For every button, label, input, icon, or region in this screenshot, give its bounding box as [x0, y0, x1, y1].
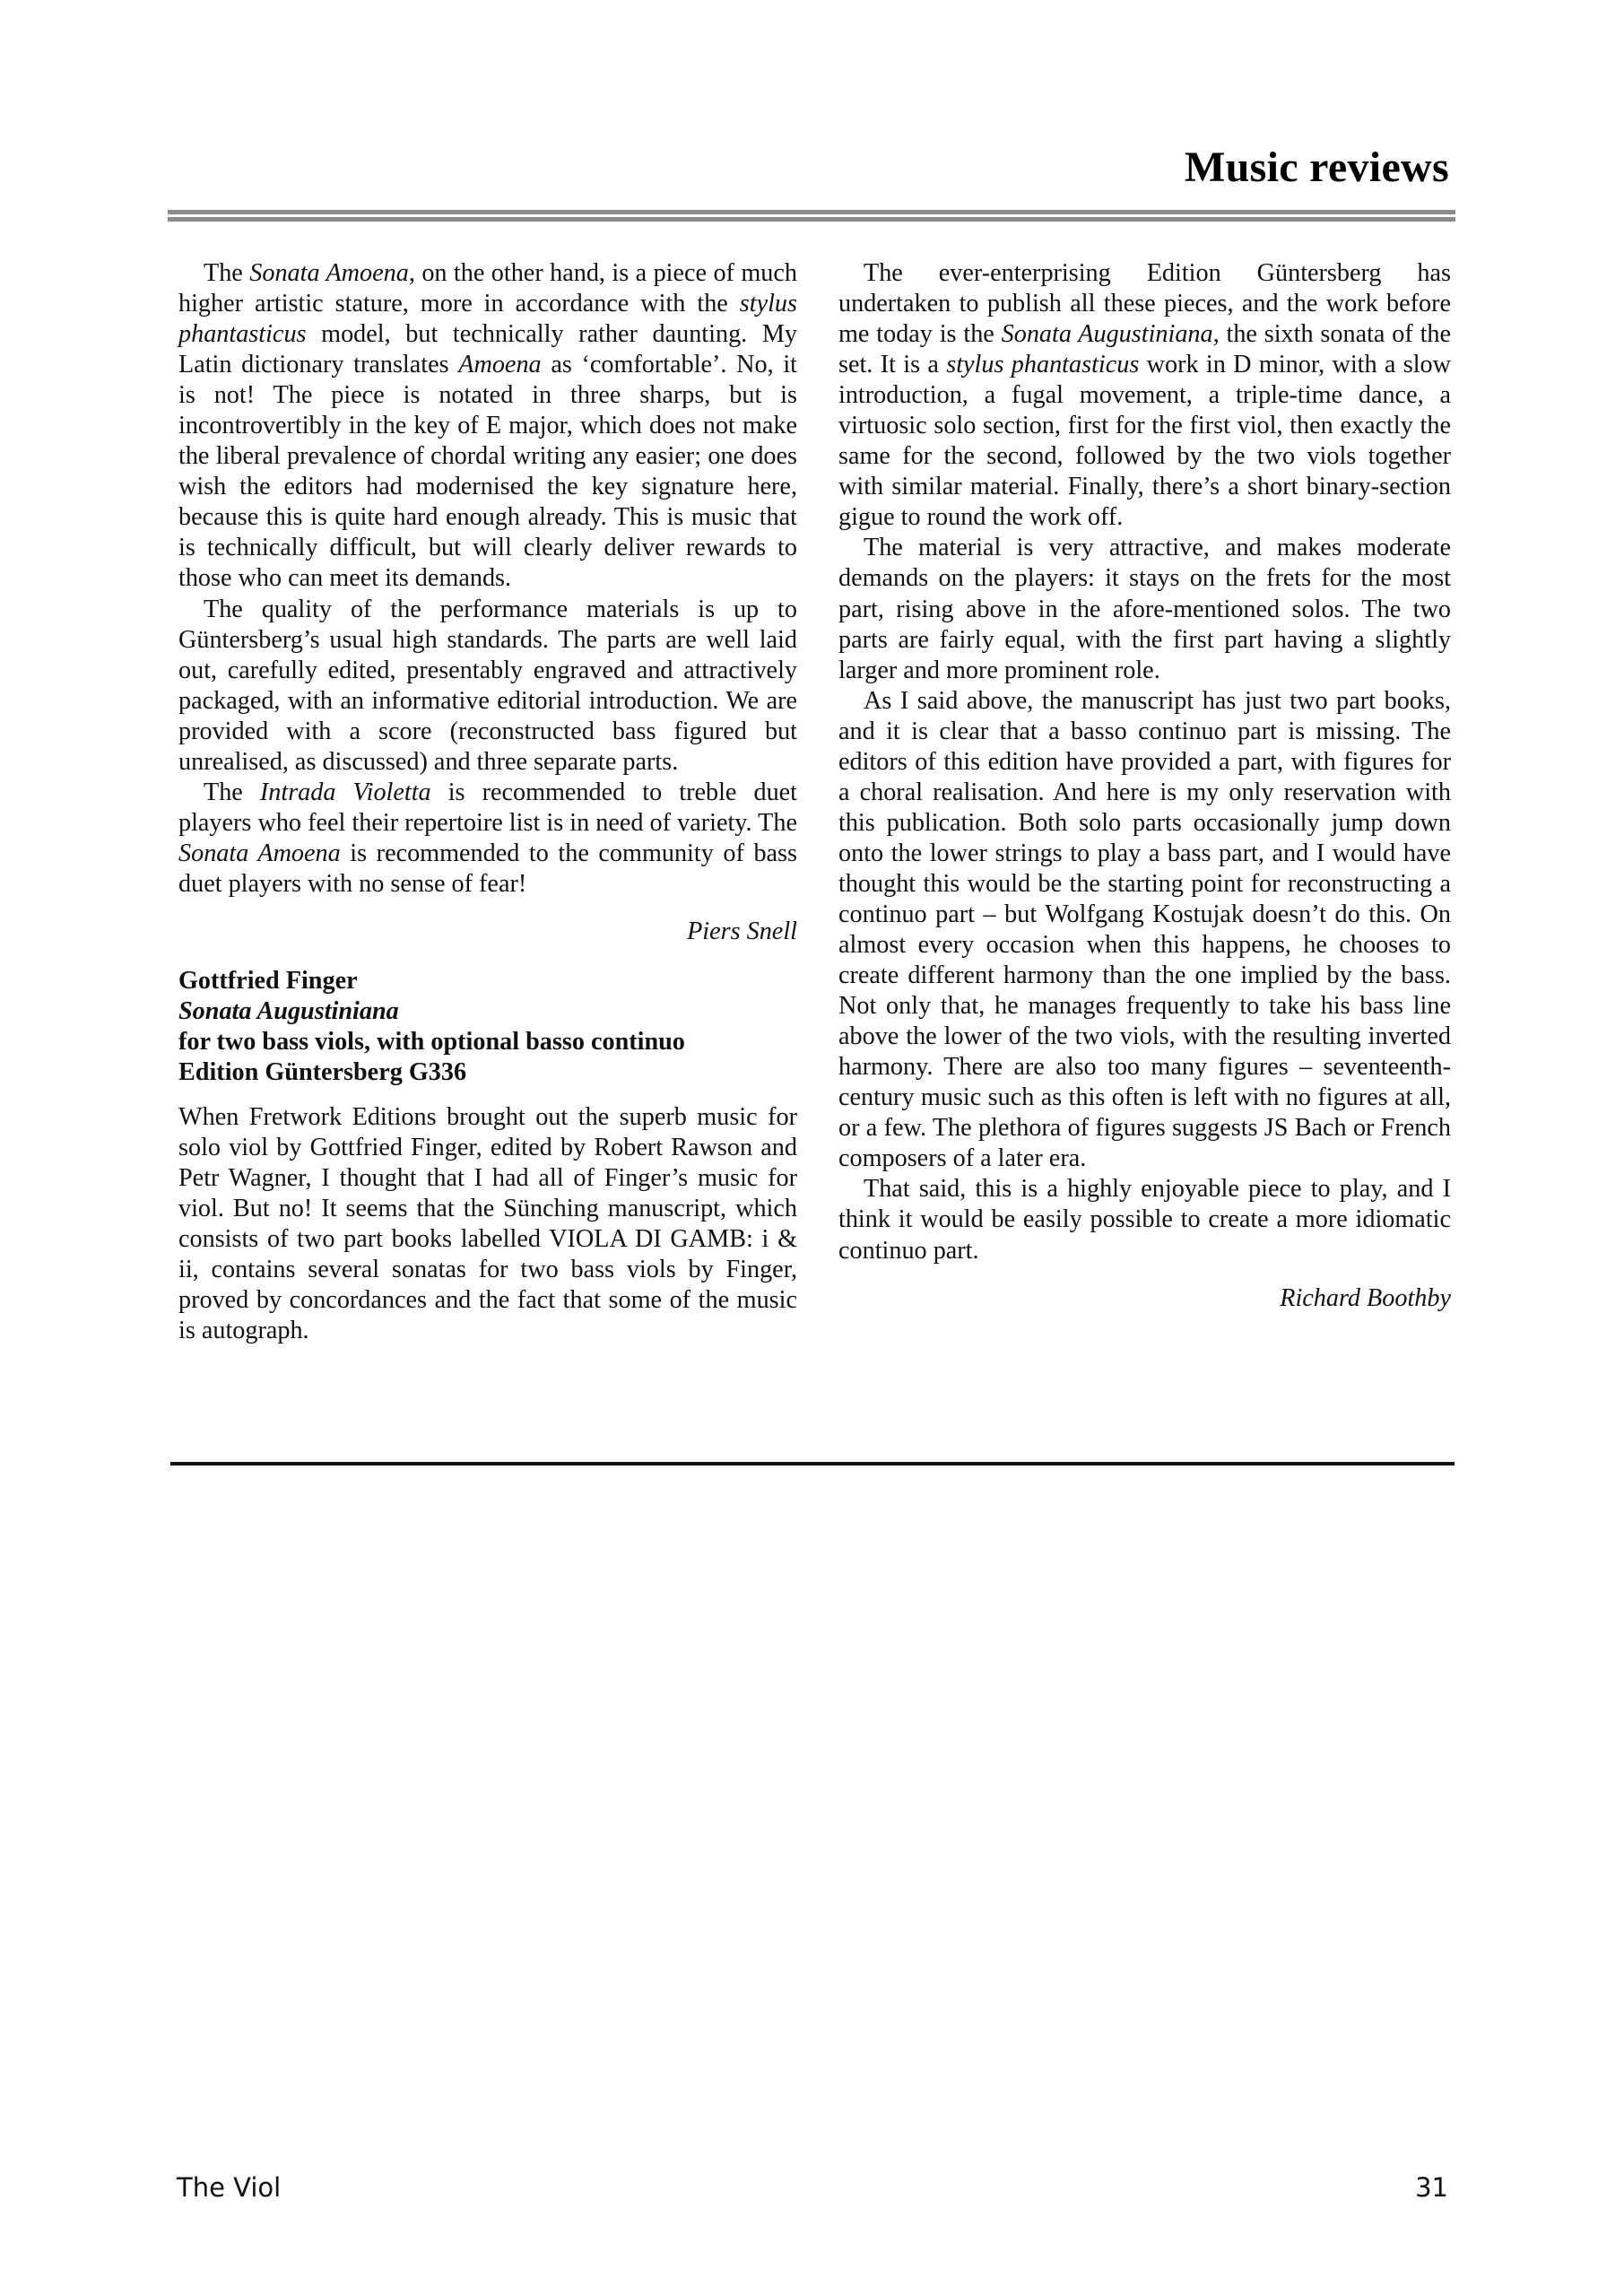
italic-title: Sonata Amoena	[178, 839, 341, 867]
paragraph: The ever-enterprising Edition Güntersber…	[838, 258, 1451, 533]
composer-name: Gottfried Finger	[178, 966, 797, 996]
article-end-rule	[170, 1462, 1455, 1465]
scoring: for two bass viols, with optional basso …	[178, 1027, 797, 1057]
italic-title: Sonata Amoena	[249, 259, 409, 287]
reviewer-signature: Richard Boothby	[838, 1283, 1451, 1314]
italic-title: Sonata Augustiniana	[1002, 320, 1213, 348]
left-column: The Sonata Amoena, on the other hand, is…	[178, 258, 797, 1346]
paragraph: The material is very attractive, and mak…	[838, 533, 1451, 685]
italic-title: stylus phantasticus	[178, 290, 797, 348]
italic-title: Intrada Violetta	[260, 778, 431, 806]
journal-name: The Viol	[177, 2175, 281, 2201]
paragraph: As I said above, the manuscript has just…	[838, 686, 1451, 1175]
italic-title: Amoena	[458, 351, 541, 378]
header-double-rule-top	[168, 210, 1455, 214]
paragraph: The Sonata Amoena, on the other hand, is…	[178, 258, 797, 595]
review-heading: Gottfried Finger Sonata Augustiniana for…	[178, 966, 797, 1088]
right-column: The ever-enterprising Edition Güntersber…	[838, 258, 1451, 1314]
publisher-catalog: Edition Güntersberg G336	[178, 1057, 797, 1088]
work-title: Sonata Augustiniana	[178, 996, 797, 1027]
header-double-rule-bottom	[168, 217, 1455, 222]
reviewer-signature: Piers Snell	[178, 917, 797, 947]
review-intro-paragraph: When Fretwork Editions brought out the s…	[178, 1102, 797, 1346]
paragraph: The Intrada Violetta is recommended to t…	[178, 778, 797, 900]
italic-title: stylus phantasticus	[946, 351, 1139, 378]
paragraph: The quality of the performance materials…	[178, 595, 797, 778]
page-number: 31	[1415, 2175, 1448, 2201]
paragraph: That said, this is a highly enjoyable pi…	[838, 1174, 1451, 1265]
section-title: Music reviews	[1185, 146, 1449, 189]
